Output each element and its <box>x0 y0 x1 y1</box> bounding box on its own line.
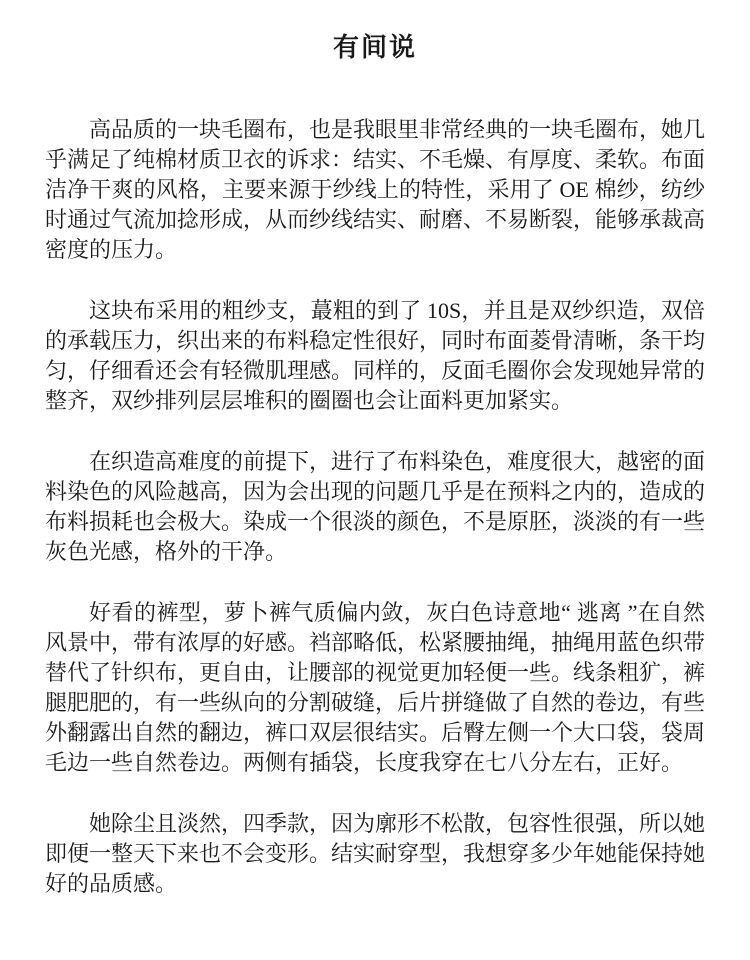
paragraph-durability: 她除尘且淡然，四季款，因为廓形不松散，包容性很强，所以她即便一整天下来也不会变形… <box>45 809 705 899</box>
paragraph-dyeing: 在织造高难度的前提下，进行了布料染色，难度很大，越密的面料染色的风险越高，因为会… <box>45 447 705 567</box>
paragraph-fabric-quality: 高品质的一块毛圈布，也是我眼里非常经典的一块毛圈布，她几乎满足了纯棉材质卫衣的诉… <box>45 115 705 265</box>
document-page: 有间说 高品质的一块毛圈布，也是我眼里非常经典的一块毛圈布，她几乎满足了纯棉材质… <box>0 0 750 960</box>
paragraph-pants-design: 好看的裤型，萝卜裤气质偏内敛，灰白色诗意地“ 逃离 ”在自然风景中，带有浓厚的好… <box>45 598 705 778</box>
paragraph-yarn-weave: 这块布采用的粗纱支，蕞粗的到了 10S，并且是双纱织造，双倍的承载压力，织出来的… <box>45 296 705 416</box>
page-title: 有间说 <box>45 33 705 63</box>
